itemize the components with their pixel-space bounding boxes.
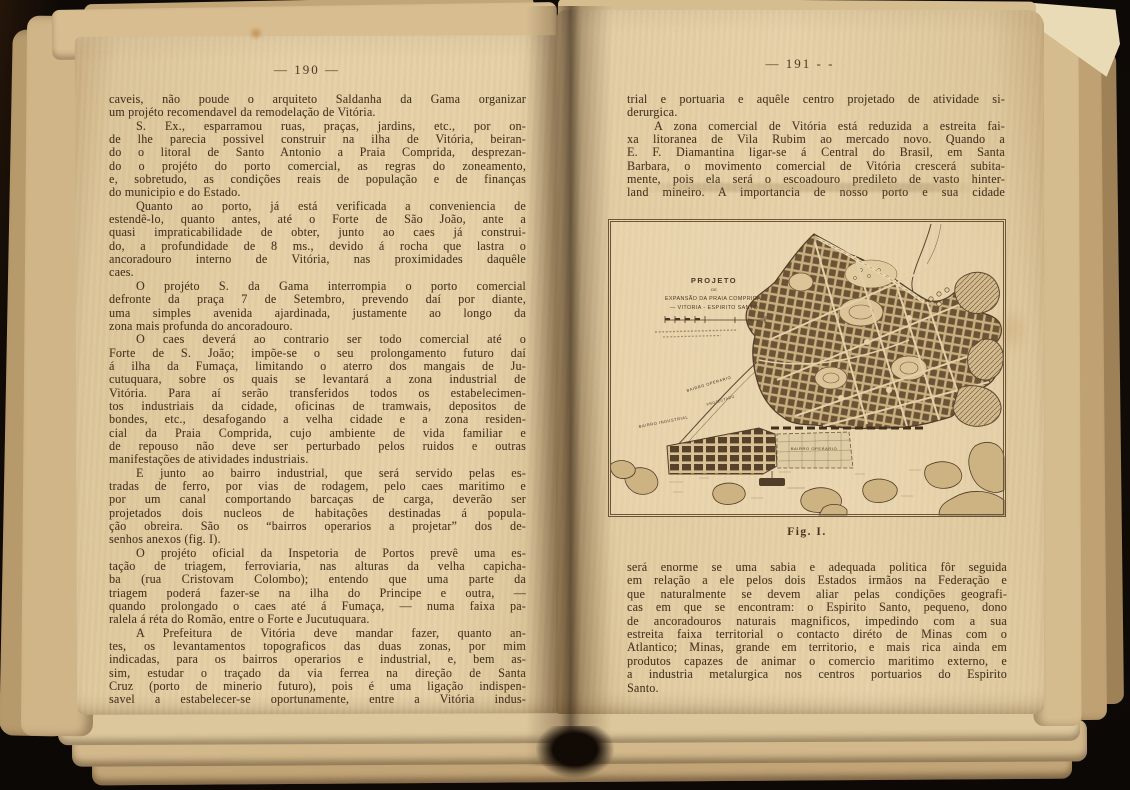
svg-text:EXPANSÃO DA PRAIA COMPRIDA,: EXPANSÃO DA PRAIA COMPRIDA, — [665, 295, 763, 302]
figure-caption: Fig. I. — [608, 526, 1006, 538]
text-line: zona mais profunda do ancoradouro. — [109, 320, 526, 333]
text-line: ancoradouro interno de Vitória, nas prox… — [109, 253, 526, 266]
text-line: cutuquara, sobre os quais se levantará a… — [109, 373, 526, 386]
text-line: ba (rua Cristovam Colombo); entendo que … — [109, 573, 526, 586]
text-line: caes. — [109, 266, 526, 279]
text-line: quasi impraticabilidade de obter, junto … — [109, 226, 526, 239]
district-label-industrial: BAIRRO INDUSTRIAL — [638, 414, 689, 429]
spine-notch — [536, 726, 614, 778]
text-line: quando prolongado o caes até á Fumaça, —… — [109, 600, 526, 613]
park-zone — [845, 260, 897, 288]
right-page-content: — 191 - - trial e portuaria e aquêle cen… — [560, 10, 1044, 714]
text-line: Quanto ao porto, já está verificada a co… — [109, 200, 526, 213]
text-line: por um canal comportando barcaças de car… — [109, 493, 526, 506]
illegible-credit-marks — [655, 330, 737, 337]
text-line: produtos capazes de animar o comercio ma… — [627, 655, 1007, 668]
text-line: senhos anexos (fig. I). — [109, 533, 526, 546]
text-line: Barbara, o movimento comercial de Vitóri… — [627, 160, 1005, 173]
text-line: E junto ao bairro industrial, que será s… — [109, 467, 526, 480]
text-line: em relação a ele pelos dois Estados irmã… — [627, 574, 1007, 587]
district-label-operario-1: BAIRRO OPERARIO — [686, 375, 732, 393]
city-plan-map-svg: PROJETO DE EXPANSÃO DA PRAIA COMPRIDA, —… — [609, 220, 1005, 516]
text-line: O projéto S. da Gama interrompia o porto… — [109, 280, 526, 293]
text-line: manifestações de atividades industriais. — [109, 453, 526, 466]
text-line: cial da Praia Comprida, cujo ambiente de… — [109, 427, 526, 440]
text-line: sim, estudar o traçado da via ferrea na … — [109, 667, 526, 680]
text-line: do, a profundidade de 8 ms., devido á ro… — [109, 240, 526, 253]
district-label-projectado: PROJECTADO — [706, 395, 735, 407]
text-line: de ancoradouros naturais magnificos, imp… — [627, 615, 1007, 628]
text-line: derurgica. — [627, 106, 1005, 119]
text-line: Atlantico; Minas, grande em territorio, … — [627, 641, 1007, 654]
text-line: de lhe parecia possivel construir na ilh… — [109, 133, 526, 146]
text-line: do o litoral de Santo Antonio a Praia Co… — [109, 146, 526, 159]
text-line: E. F. Diamantina ligar-se á Central do B… — [627, 146, 1005, 159]
foxing-stain — [996, 300, 1026, 360]
text-line: tação de triagem, ferroviaria, nas altur… — [109, 560, 526, 573]
svg-text:— VITORIA - ESPIRITO SANTO: — VITORIA - ESPIRITO SANTO — [670, 305, 758, 311]
text-line: bondes, etc., desafogando a velha cidade… — [109, 413, 526, 426]
text-line: e, sobretudo, as condições reais de popu… — [109, 173, 526, 186]
svg-text:DE: DE — [711, 287, 717, 292]
text-line: um projéto recomendavel da remodelação d… — [109, 106, 526, 119]
ink-offset-smudge — [642, 183, 978, 192]
text-line: Cruz (porto de minerio futuro), pois é u… — [109, 680, 526, 693]
text-line: estendê-lo, quanto antes, até o Forte de… — [109, 213, 526, 226]
page-number-191: — 191 - - — [600, 56, 1000, 72]
figure-1-map: PROJETO DE EXPANSÃO DA PRAIA COMPRIDA, —… — [608, 219, 1006, 517]
text-line: tradas de ferro, por vias de rodagem, pe… — [109, 480, 526, 493]
map-title: PROJETO DE EXPANSÃO DA PRAIA COMPRIDA, —… — [665, 276, 763, 311]
dark-islet-structure — [759, 478, 785, 486]
text-line: trial e portuaria e aquêle centro projet… — [627, 93, 1005, 106]
svg-text:PROJETO: PROJETO — [691, 276, 737, 285]
page-number-190: — 190 — — [88, 62, 526, 78]
text-line: ção obreira. São os “bairros operarios a… — [109, 520, 526, 533]
text-line: ralela á réta do Romão, entre o Forte e … — [109, 613, 526, 626]
text-line: estreita faixa territorial o contacto di… — [627, 628, 1007, 641]
text-line: caveis, não poude o arquiteto Saldanha d… — [109, 93, 526, 106]
text-line: O projéto oficial da Inspetoria de Porto… — [109, 547, 526, 560]
text-line: tos industriais da cidade, oficinas de t… — [109, 400, 526, 413]
district-label-operario-2: BAIRRO OPERARIO — [791, 446, 838, 451]
text-line: Vitória. Para aí serão transferidos todo… — [109, 387, 526, 400]
text-line: será enorme se uma sabia e adequada poli… — [627, 561, 1007, 574]
text-line: savel a estabelecer-se oportunamente, en… — [109, 693, 526, 706]
text-line: tes, os levantamentos topograficos das d… — [109, 640, 526, 653]
workers-district-grid — [667, 428, 777, 474]
paper-stain — [248, 27, 264, 40]
text-line: indicadas, para os bairros operarios e i… — [109, 653, 526, 666]
text-line: O caes deverá ao contrario ser todo come… — [109, 333, 526, 346]
text-line: xa litoranea de Vila Rubim ao mercado no… — [627, 133, 1005, 146]
text-line: que naturalmente se devem aliar pelas co… — [627, 588, 1007, 601]
text-line: A Prefeitura de Vitória deve mandar faze… — [109, 627, 526, 640]
text-line: triagem poderá fazer-se na ilha do Princ… — [109, 587, 526, 600]
text-line: Santo. — [627, 682, 1007, 695]
right-page-text-bottom: será enorme se uma sabia e adequada poli… — [627, 561, 1007, 695]
text-line: defronte da praça 7 de Setembro, prevend… — [109, 293, 526, 306]
text-line: cas em que se encontram: o Espirito Sant… — [627, 601, 1007, 614]
left-page-text: caveis, não poude o arquiteto Saldanha d… — [109, 93, 526, 707]
text-line: uma simples avenida ajardinada, justamen… — [109, 307, 526, 320]
text-line: de repouso não deve ser perturbado pelos… — [109, 440, 526, 453]
text-line: Forte de S. João; impõe-se o seu prolong… — [109, 347, 526, 360]
text-line: a industria metalurgica nos centros port… — [627, 668, 1007, 681]
text-line: á ilha da Fumaça, limitando o aterro dos… — [109, 360, 526, 373]
text-line: A zona comercial de Vitória está reduzid… — [627, 120, 1005, 133]
text-line: S. Ex., esparramou ruas, praças, jardins… — [109, 120, 526, 133]
text-line: do o projéto do porto comercial, as regr… — [109, 160, 526, 173]
text-line: projetados dois nucleos de habitações de… — [109, 507, 526, 520]
left-page-content: — 190 — caveis, não poude o arquiteto Sa… — [88, 36, 548, 714]
text-line: do municipio e do Estado. — [109, 186, 526, 199]
